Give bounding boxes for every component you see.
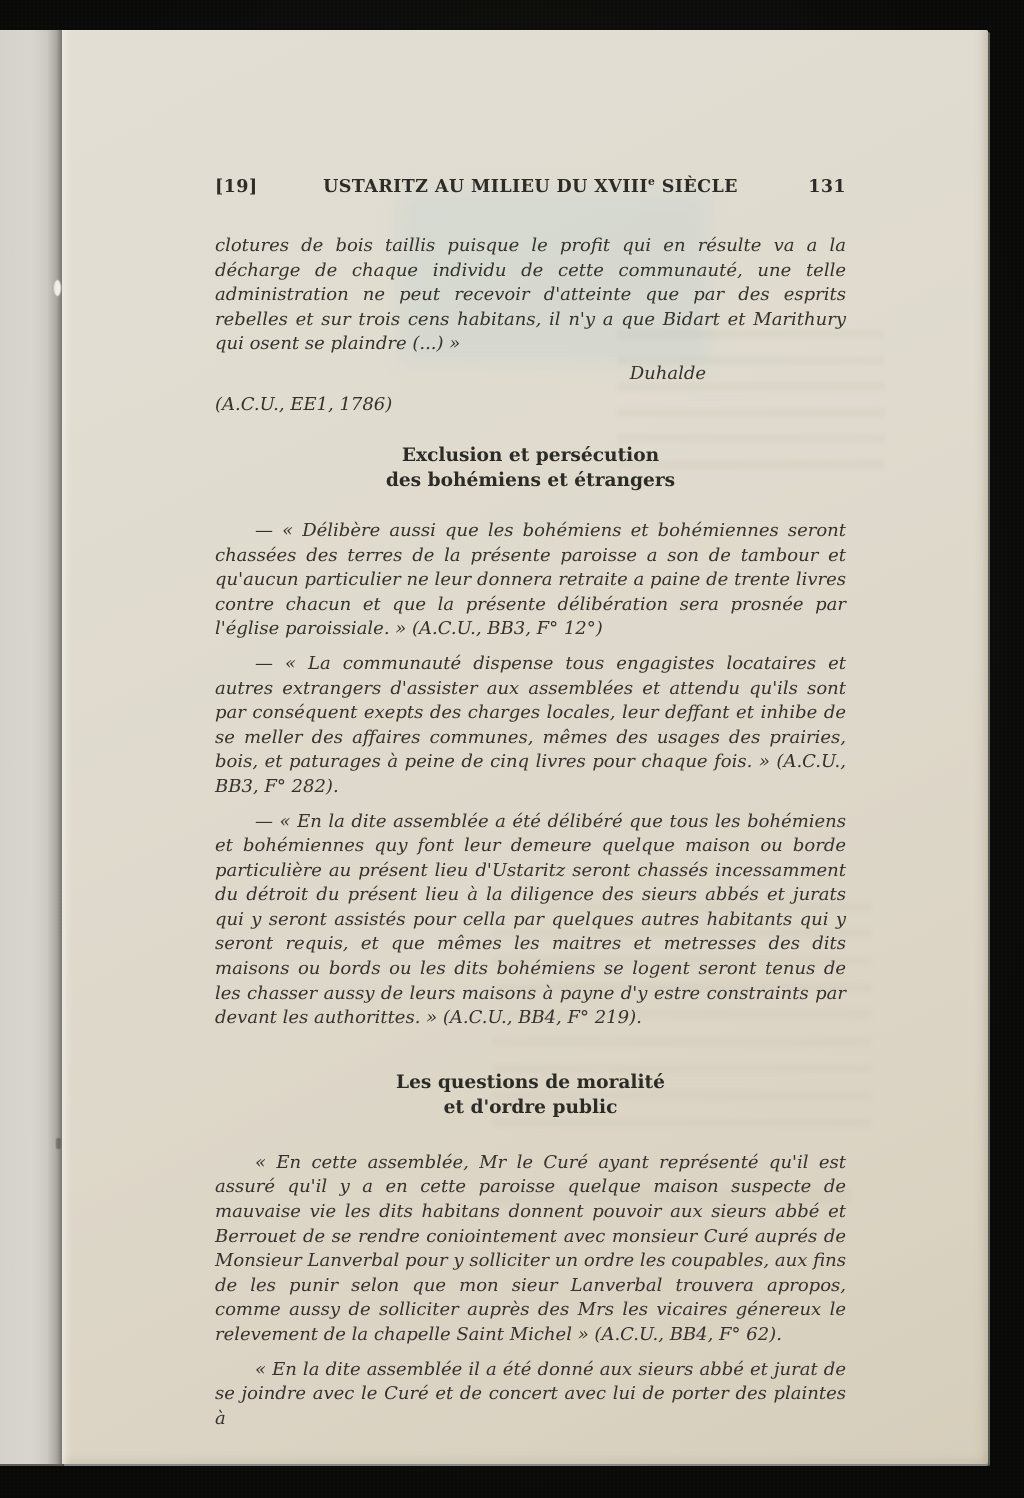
- page-content: [19] USTARITZ AU MILIEU DU XVIIIe SIÈCLE…: [215, 30, 846, 1431]
- section-heading-morality-line-1: Les questions de moralité: [215, 1070, 846, 1095]
- deliberation-paragraph-2: — « La communauté dispense tous engagist…: [215, 652, 846, 800]
- running-title-tail: SIÈCLE: [655, 177, 738, 197]
- quote-continuation-paragraph: clotures de bois taillis puisque le prof…: [215, 234, 846, 357]
- running-title: USTARITZ AU MILIEU DU XVIIIe SIÈCLE: [323, 177, 738, 197]
- morality-paragraph-1: « En cette assemblée, Mr le Curé ayant r…: [215, 1151, 846, 1348]
- section-heading-exclusion: Exclusion et persécution des bohémiens e…: [215, 443, 846, 493]
- page-header: [19] USTARITZ AU MILIEU DU XVIIIe SIÈCLE…: [215, 177, 846, 197]
- article-index: [19]: [215, 177, 258, 197]
- quote-attribution: Duhalde: [215, 363, 846, 384]
- quote-source-citation: (A.C.U., EE1, 1786): [215, 394, 846, 415]
- gutter-ink-mark: [56, 1138, 61, 1149]
- gutter-paper-flaw: [54, 280, 61, 296]
- deliberation-paragraph-1: — « Délibère aussi que les bohémiens et …: [215, 519, 846, 642]
- section-heading-morality: Les questions de moralité et d'ordre pub…: [215, 1070, 846, 1120]
- section-heading-exclusion-line-2: des bohémiens et étrangers: [215, 468, 846, 493]
- section-heading-morality-line-2: et d'ordre public: [215, 1095, 846, 1120]
- deliberation-paragraph-3: — « En la dite assemblée a été délibéré …: [215, 810, 846, 1031]
- book-page: [19] USTARITZ AU MILIEU DU XVIIIe SIÈCLE…: [62, 30, 988, 1464]
- page-number: 131: [808, 177, 846, 197]
- section-heading-exclusion-line-1: Exclusion et persécution: [215, 443, 846, 468]
- morality-paragraph-2: « En la dite assemblée il a été donné au…: [215, 1358, 846, 1432]
- facing-page-edge: [0, 30, 62, 1464]
- running-title-main: USTARITZ AU MILIEU DU XVIII: [323, 177, 648, 197]
